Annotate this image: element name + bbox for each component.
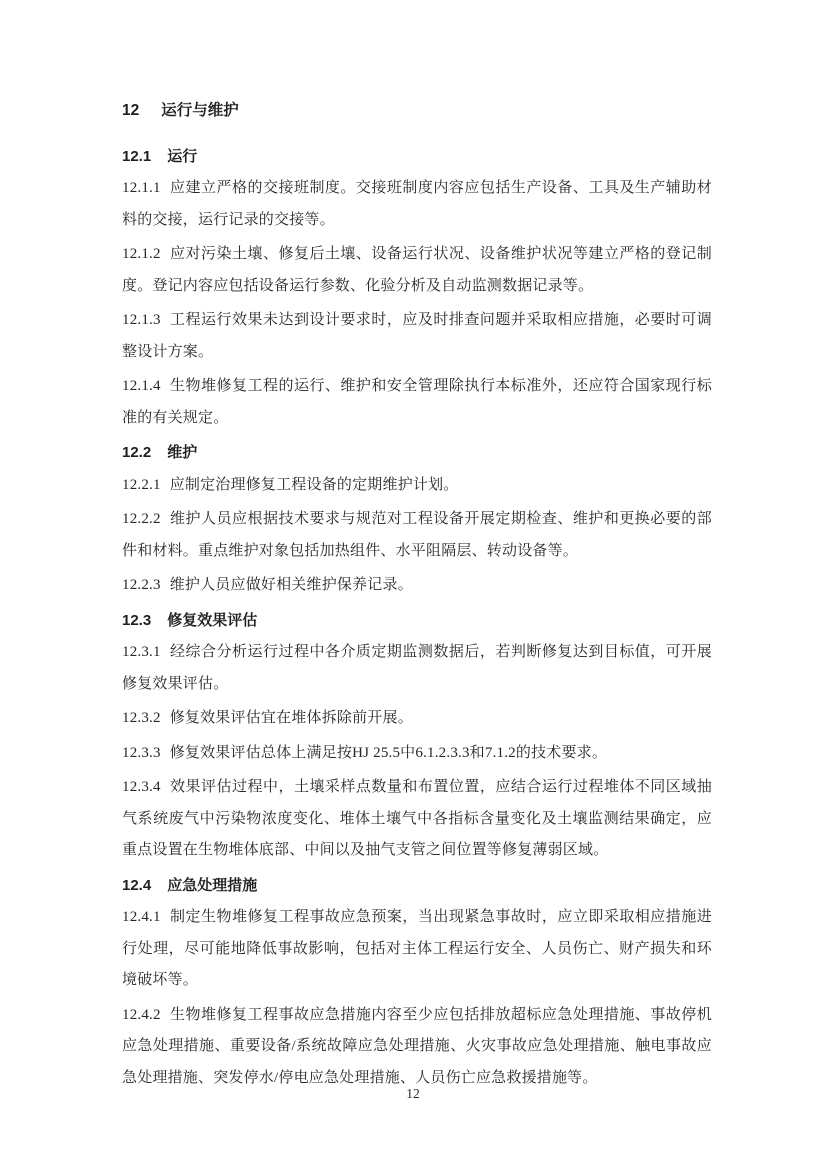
clause-paragraph: 12.3.1经综合分析运行过程中各介质定期监测数据后，若判断修复达到目标值，可开… — [122, 637, 712, 700]
clause-number: 12.2.2 — [122, 511, 161, 527]
clause-number: 12.2.3 — [122, 577, 161, 593]
clause-text: 经综合分析运行过程中各介质定期监测数据后，若判断修复达到目标值，可开展修复效果评… — [122, 644, 712, 692]
document-body: 12运行与维护12.1运行12.1.1应建立严格的交接班制度。交接班制度内容应包… — [122, 95, 712, 1094]
clause-paragraph: 12.1.3工程运行效果未达到设计要求时，应及时排查问题并采取相应措施，必要时可… — [122, 305, 712, 368]
clause-text: 制定生物堆修复工程事故应急预案，当出现紧急事故时，应立即采取相应措施进行处理，尽… — [122, 909, 712, 988]
heading-text: 应急处理措施 — [167, 877, 257, 894]
clause-text: 修复效果评估宜在堆体拆除前开展。 — [170, 710, 413, 726]
clause-number: 12.4.2 — [122, 1007, 161, 1023]
clause-text: 维护人员应做好相关维护保养记录。 — [170, 577, 413, 593]
clause-number: 12.4.1 — [122, 909, 161, 925]
section-heading: 12.1运行 — [122, 141, 712, 173]
clause-number: 12.3.4 — [122, 779, 161, 795]
clause-number: 12.2 — [122, 444, 151, 461]
clause-number: 12 — [122, 102, 139, 119]
clause-text: 效果评估过程中，土壤采样点数量和布置位置，应结合运行过程堆体不同区域抽气系统废气… — [122, 779, 712, 858]
clause-paragraph: 12.4.2生物堆修复工程事故应急措施内容至少应包括排放超标应急处理措施、事故停… — [122, 1000, 712, 1095]
heading-text: 运行 — [167, 148, 197, 165]
clause-number: 12.4 — [122, 877, 151, 894]
clause-paragraph: 12.1.2应对污染土壤、修复后土壤、设备运行状况、设备维护状况等建立严格的登记… — [122, 239, 712, 302]
section-heading: 12.3修复效果评估 — [122, 605, 712, 637]
clause-text: 工程运行效果未达到设计要求时，应及时排查问题并采取相应措施，必要时可调整设计方案… — [122, 312, 712, 360]
clause-number: 12.3.3 — [122, 745, 161, 761]
clause-paragraph: 12.2.3维护人员应做好相关维护保养记录。 — [122, 570, 712, 602]
clause-number: 12.1.1 — [122, 180, 161, 196]
heading-text: 运行与维护 — [161, 102, 239, 119]
clause-number: 12.1 — [122, 148, 151, 165]
heading-text: 修复效果评估 — [167, 612, 257, 629]
heading-text: 维护 — [167, 444, 197, 461]
clause-number: 12.1.3 — [122, 312, 161, 328]
clause-text: 生物堆修复工程事故应急措施内容至少应包括排放超标应急处理措施、事故停机应急处理措… — [122, 1007, 712, 1086]
chapter-heading: 12运行与维护 — [122, 95, 712, 127]
clause-paragraph: 12.3.4效果评估过程中，土壤采样点数量和布置位置，应结合运行过程堆体不同区域… — [122, 772, 712, 867]
clause-paragraph: 12.1.1应建立严格的交接班制度。交接班制度内容应包括生产设备、工具及生产辅助… — [122, 173, 712, 236]
clause-number: 12.1.2 — [122, 246, 161, 262]
clause-paragraph: 12.1.4生物堆修复工程的运行、维护和安全管理除执行本标准外，还应符合国家现行… — [122, 371, 712, 434]
clause-paragraph: 12.3.2修复效果评估宜在堆体拆除前开展。 — [122, 703, 712, 735]
clause-paragraph: 12.2.1应制定治理修复工程设备的定期维护计划。 — [122, 470, 712, 502]
section-heading: 12.2维护 — [122, 437, 712, 469]
clause-paragraph: 12.4.1制定生物堆修复工程事故应急预案，当出现紧急事故时，应立即采取相应措施… — [122, 902, 712, 997]
clause-number: 12.3.1 — [122, 644, 161, 660]
clause-text: 修复效果评估总体上满足按HJ 25.5中6.1.2.3.3和7.1.2的技术要求… — [170, 745, 607, 761]
clause-text: 生物堆修复工程的运行、维护和安全管理除执行本标准外，还应符合国家现行标准的有关规… — [122, 378, 712, 426]
page-number: 12 — [0, 1086, 826, 1102]
document-page: 12运行与维护12.1运行12.1.1应建立严格的交接班制度。交接班制度内容应包… — [0, 0, 826, 1169]
clause-text: 应对污染土壤、修复后土壤、设备运行状况、设备维护状况等建立严格的登记制度。登记内… — [122, 246, 712, 294]
clause-number: 12.3.2 — [122, 710, 161, 726]
clause-number: 12.3 — [122, 612, 151, 629]
clause-paragraph: 12.3.3修复效果评估总体上满足按HJ 25.5中6.1.2.3.3和7.1.… — [122, 738, 712, 770]
clause-text: 应建立严格的交接班制度。交接班制度内容应包括生产设备、工具及生产辅助材料的交接，… — [122, 180, 712, 228]
section-heading: 12.4应急处理措施 — [122, 870, 712, 902]
clause-number: 12.2.1 — [122, 477, 161, 493]
clause-paragraph: 12.2.2维护人员应根据技术要求与规范对工程设备开展定期检查、维护和更换必要的… — [122, 504, 712, 567]
clause-number: 12.1.4 — [122, 378, 161, 394]
clause-text: 应制定治理修复工程设备的定期维护计划。 — [170, 477, 459, 493]
clause-text: 维护人员应根据技术要求与规范对工程设备开展定期检查、维护和更换必要的部件和材料。… — [122, 511, 712, 559]
